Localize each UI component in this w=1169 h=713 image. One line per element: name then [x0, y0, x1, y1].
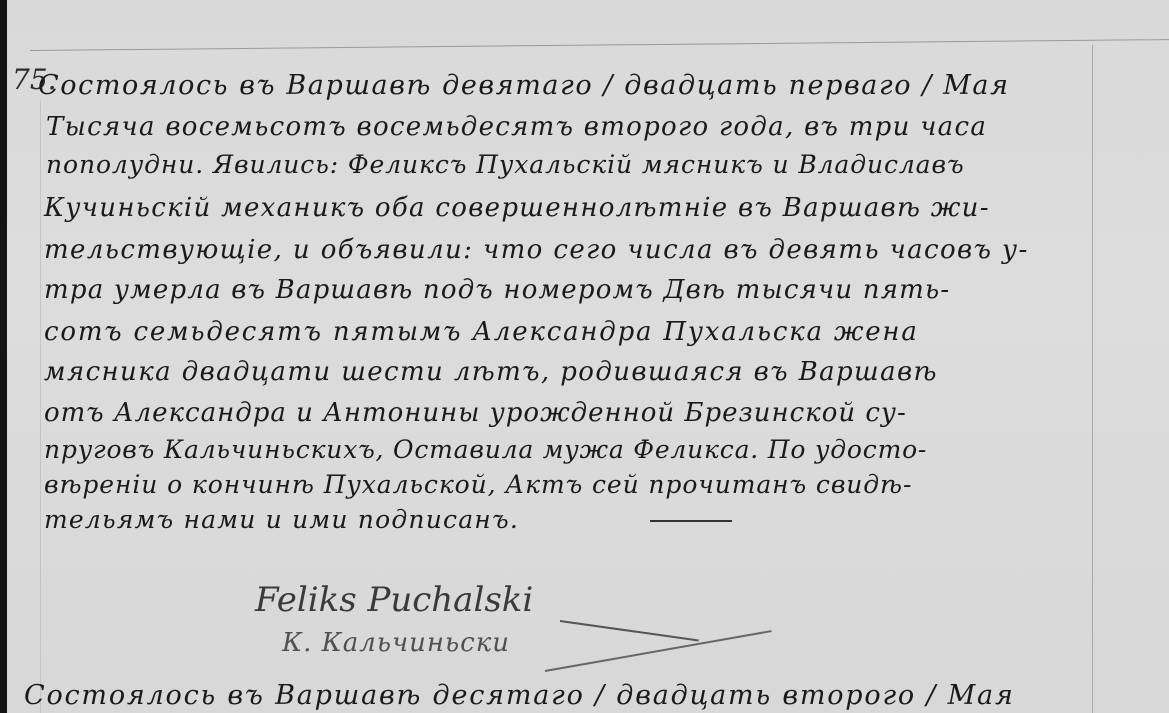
record-line-1: Состоялось въ Варшавѣ девятаго / двадцат… [38, 70, 1010, 101]
signature-flourish-2 [545, 630, 772, 672]
record-line-8: мясника двадцати шести лѣтъ, родившаяся … [44, 357, 938, 387]
record-line-2: Тысяча восемьсотъ восемьдесятъ второго г… [46, 112, 987, 142]
signature-flourish [560, 620, 699, 641]
signature-feliks-puchalski: Feliks Puchalski [255, 580, 533, 620]
record-line-9: отъ Александра и Антонины урожденной Бре… [44, 398, 907, 428]
ruled-right-margin [1092, 45, 1093, 713]
record-line-4: Кучиньскій механикъ оба совершеннолѣтніе… [44, 193, 990, 223]
document-page: 75. Состоялось въ Варшавѣ девятаго / два… [0, 0, 1169, 713]
record-line-3: пополудни. Явились: Феликсъ Пухальскій м… [46, 150, 965, 179]
binding-edge [0, 0, 7, 713]
signature-kalczynski: К. Кальчиньски [282, 628, 510, 658]
closing-dash [650, 520, 732, 522]
record-line-7: сотъ семьдесятъ пятымъ Александра Пухаль… [44, 317, 919, 347]
record-line-12: тельямъ нами и ими подписанъ. [44, 505, 519, 534]
record-line-6: тра умерла въ Варшавѣ подъ номеромъ Двѣ … [44, 275, 950, 305]
record-line-5: тельствующіе, и объявили: что сего числа… [44, 235, 1029, 265]
ruled-left-margin [40, 100, 41, 713]
next-entry-first-line: Состоялось въ Варшавѣ десятаго / двадцат… [24, 680, 1015, 711]
record-line-10: пруговъ Кальчиньскихъ, Оставила мужа Фел… [44, 435, 927, 464]
ruled-top-line [30, 36, 1169, 51]
record-line-11: вѣреніи о кончинѣ Пухальской, Актъ сей п… [44, 470, 912, 499]
